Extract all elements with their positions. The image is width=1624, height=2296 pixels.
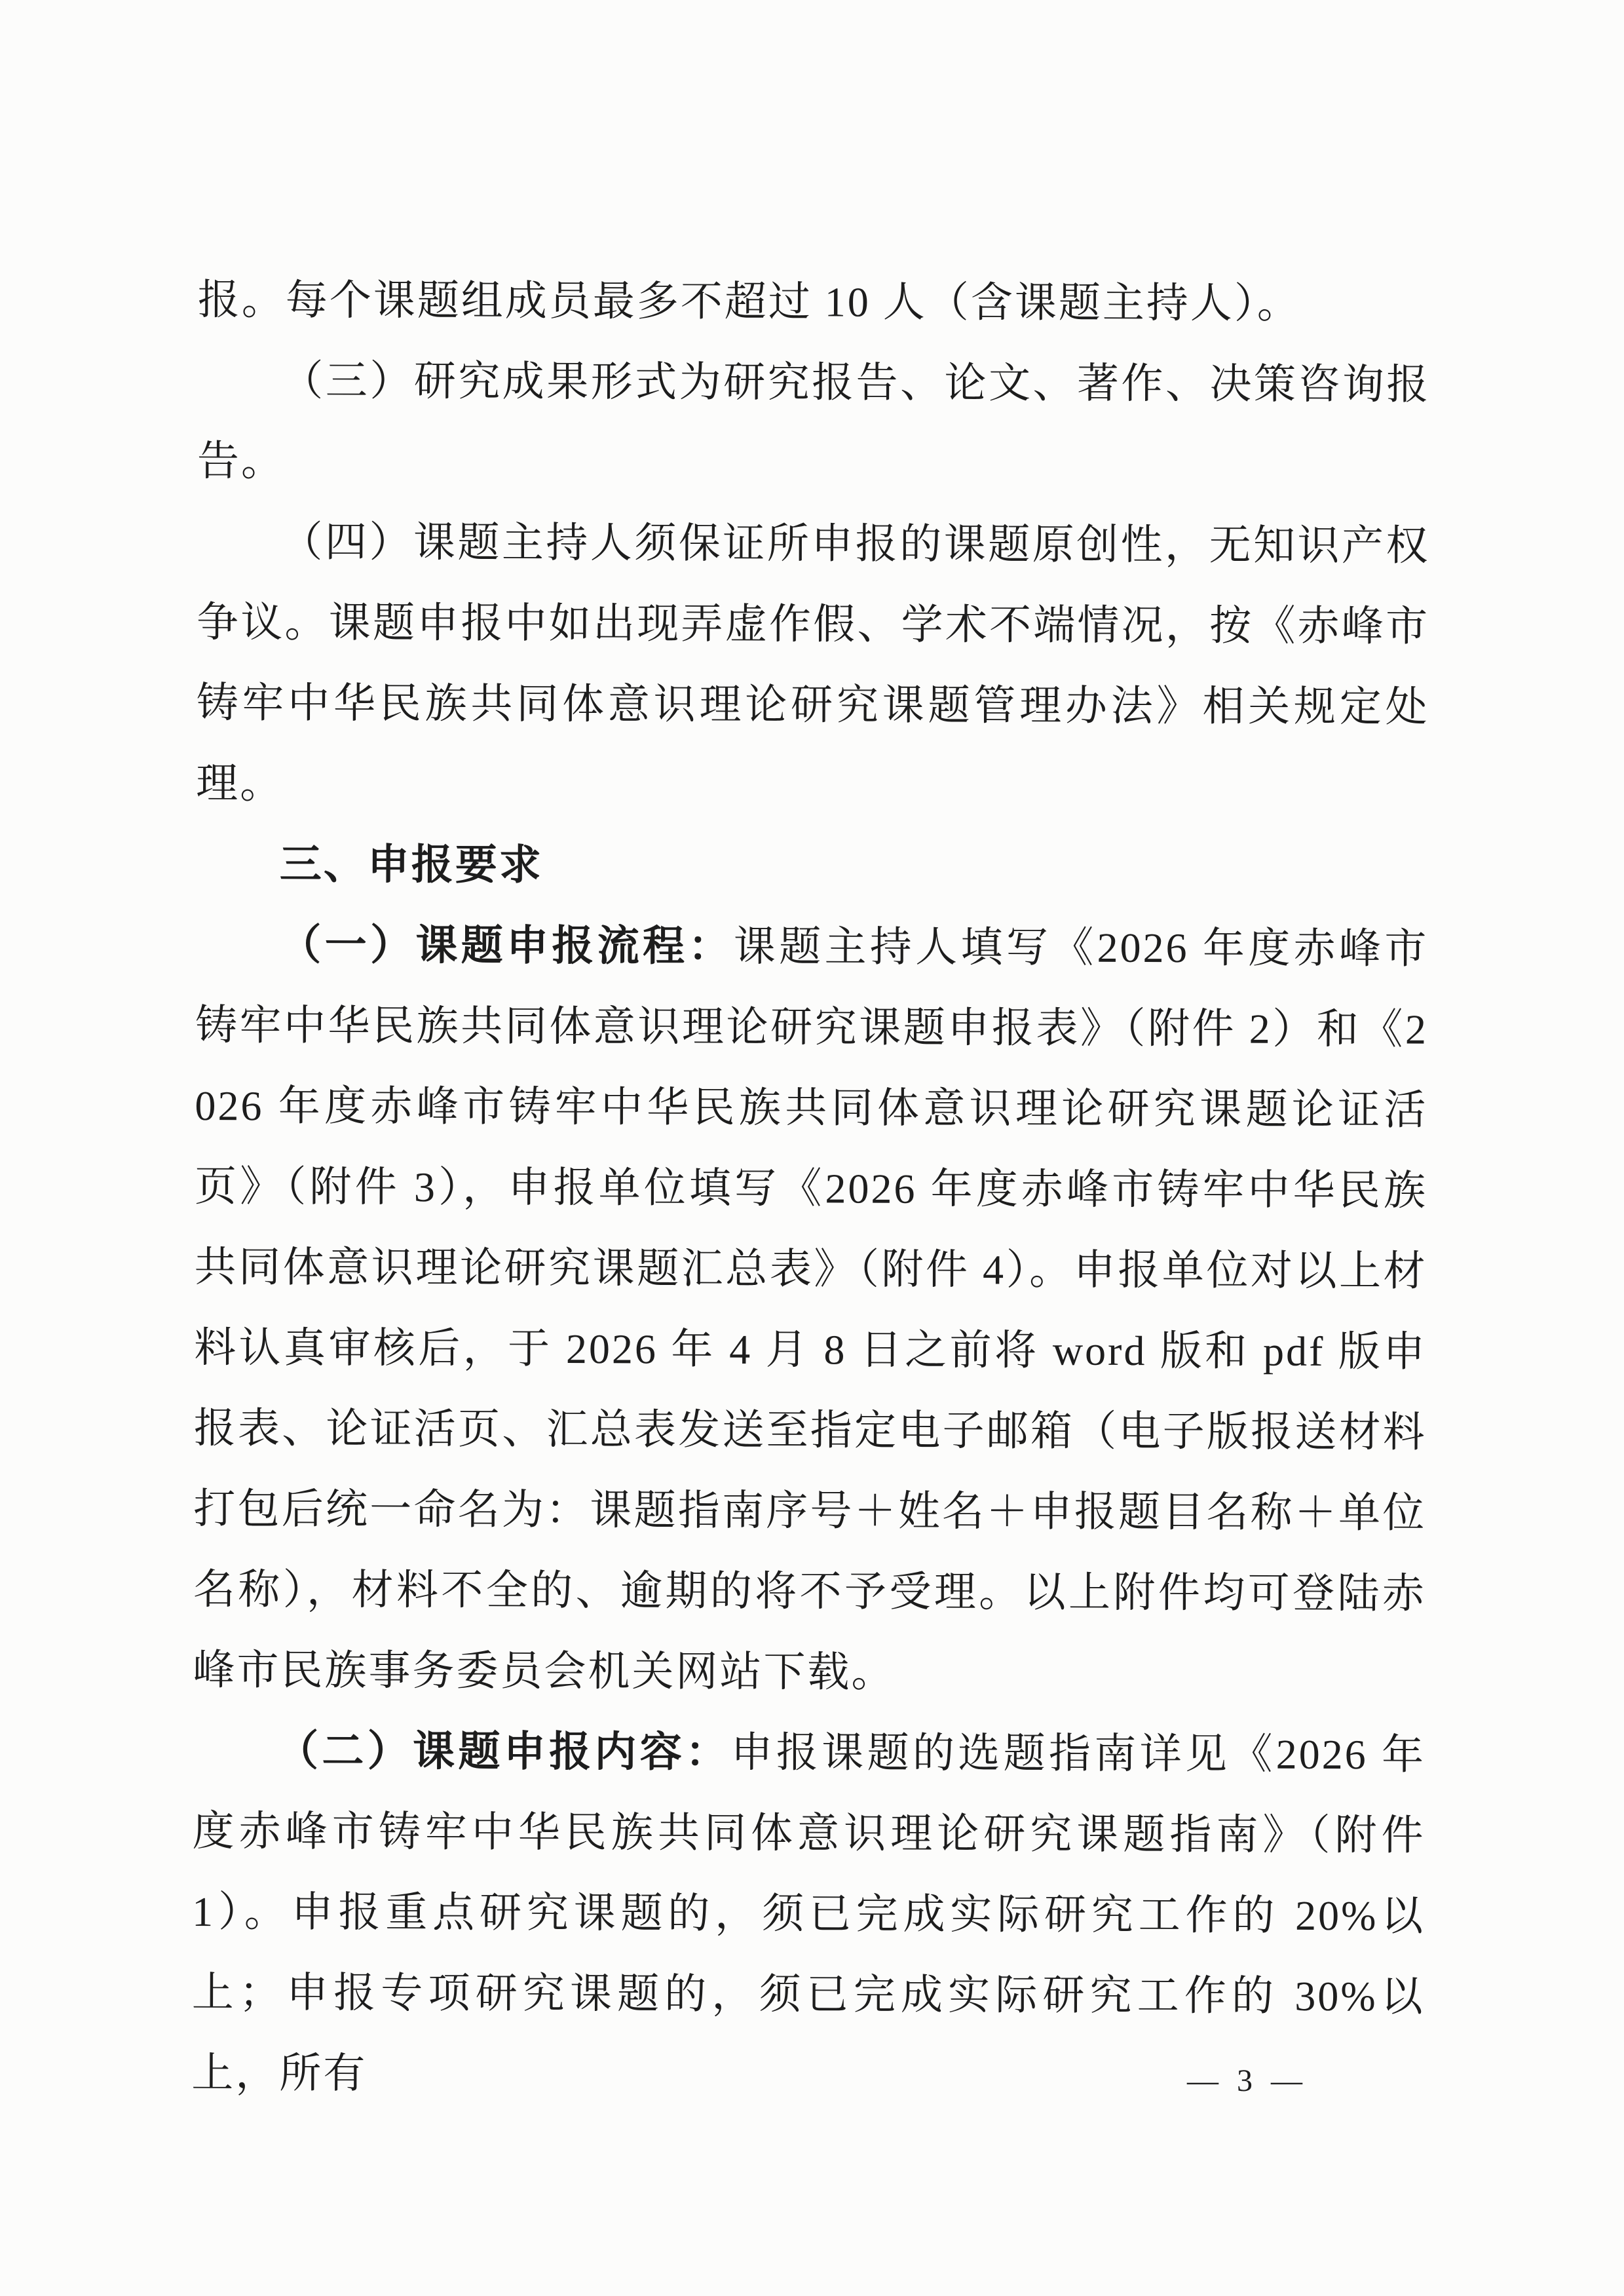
paragraph: （二）课题申报内容：申报课题的选题指南详见《2026 年度赤峰市铸牢中华民族共同… [191,1710,1426,2118]
paragraph: （三）研究成果形式为研究报告、论文、著作、决策咨询报告。 [197,340,1431,506]
paragraph-lead: （一）课题申报流程： [279,921,734,969]
paragraph-text: （四）课题主持人须保证所申报的课题原创性，无知识产权争议。课题申报中如出现弄虚作… [196,518,1430,807]
paragraph: （四）课题主持人须保证所申报的课题原创性，无知识产权争议。课题申报中如出现弄虚作… [196,501,1430,828]
document-body: 报。每个课题组成员最多不超过 10 人（含课题主持人）。 （三）研究成果形式为研… [191,259,1431,2118]
paragraph-lead: （二）课题申报内容： [276,1727,731,1775]
section-heading: 三、申报要求 [196,824,1429,909]
page-number: — 3 — [1187,2061,1308,2101]
paragraph-text: （三）研究成果形式为研究报告、论文、著作、决策咨询报告。 [197,357,1431,484]
paragraph-text: 课题主持人填写《2026 年度赤峰市铸牢中华民族共同体意识理论研究课题申报表》（… [193,923,1428,1696]
section-heading-text: 三、申报要求 [280,840,543,888]
document-page: 报。每个课题组成员最多不超过 10 人（含课题主持人）。 （三）研究成果形式为研… [0,0,1624,2296]
paragraph: 报。每个课题组成员最多不超过 10 人（含课题主持人）。 [198,259,1431,345]
paragraph-text: 申报课题的选题指南详见《2026 年度赤峰市铸牢中华民族共同体意识理论研究课题指… [191,1729,1426,2097]
paragraph-text: 报。每个课题组成员最多不超过 10 人（含课题主持人）。 [198,277,1301,327]
paragraph: （一）课题申报流程：课题主持人填写《2026 年度赤峰市铸牢中华民族共同体意识理… [193,904,1428,1715]
